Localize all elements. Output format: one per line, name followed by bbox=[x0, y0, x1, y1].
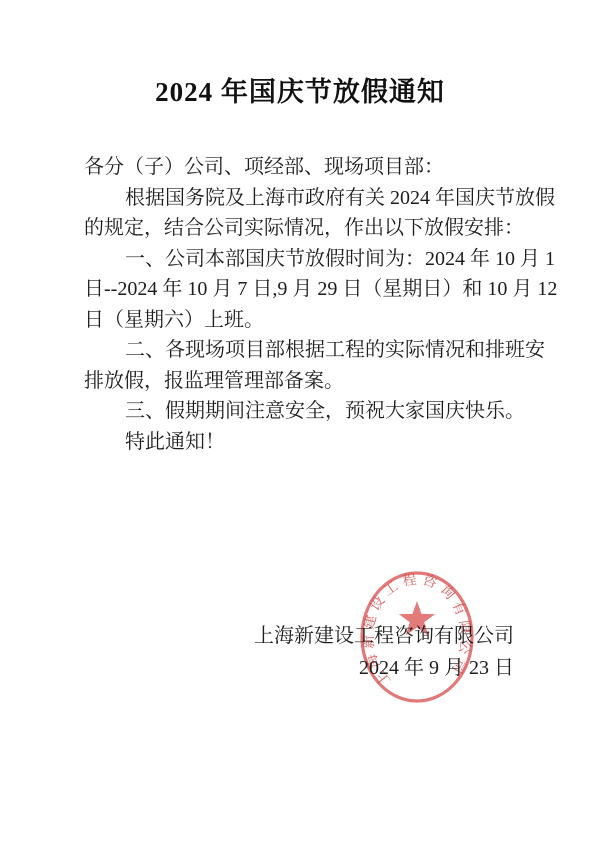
signature-date: 2024 年 9 月 23 日 bbox=[254, 652, 514, 684]
notice-line: 的规定，结合公司实际情况，作出以下放假安排： bbox=[84, 213, 516, 244]
notice-line: 特此通知！ bbox=[84, 427, 516, 458]
notice-line: 根据国务院及上海市政府有关 2024 年国庆节放假 bbox=[84, 183, 516, 214]
notice-line: 排放假，报监理管理部备案。 bbox=[84, 366, 516, 397]
document-page: 2024 年国庆节放假通知 各分（子）公司、项经部、现场项目部： 根据国务院及上… bbox=[0, 0, 600, 848]
notice-line: 各分（子）公司、项经部、现场项目部： bbox=[84, 152, 516, 183]
notice-line: 日（星期六）上班。 bbox=[84, 305, 516, 336]
signature-company: 上海新建设工程咨询有限公司 bbox=[254, 620, 514, 652]
notice-line: 日--2024 年 10 月 7 日,9 月 29 日（星期日）和 10 月 1… bbox=[84, 274, 516, 305]
notice-title: 2024 年国庆节放假通知 bbox=[0, 0, 600, 110]
notice-line: 三、假期期间注意安全，预祝大家国庆快乐。 bbox=[84, 396, 516, 427]
signature-block: 上海新建设工程咨询有限公司 2024 年 9 月 23 日 bbox=[254, 620, 514, 684]
notice-body: 各分（子）公司、项经部、现场项目部： 根据国务院及上海市政府有关 2024 年国… bbox=[84, 152, 516, 457]
notice-line: 一、公司本部国庆节放假时间为：2024 年 10 月 1 bbox=[84, 244, 516, 275]
notice-line: 二、各现场项目部根据工程的实际情况和排班安 bbox=[84, 335, 516, 366]
